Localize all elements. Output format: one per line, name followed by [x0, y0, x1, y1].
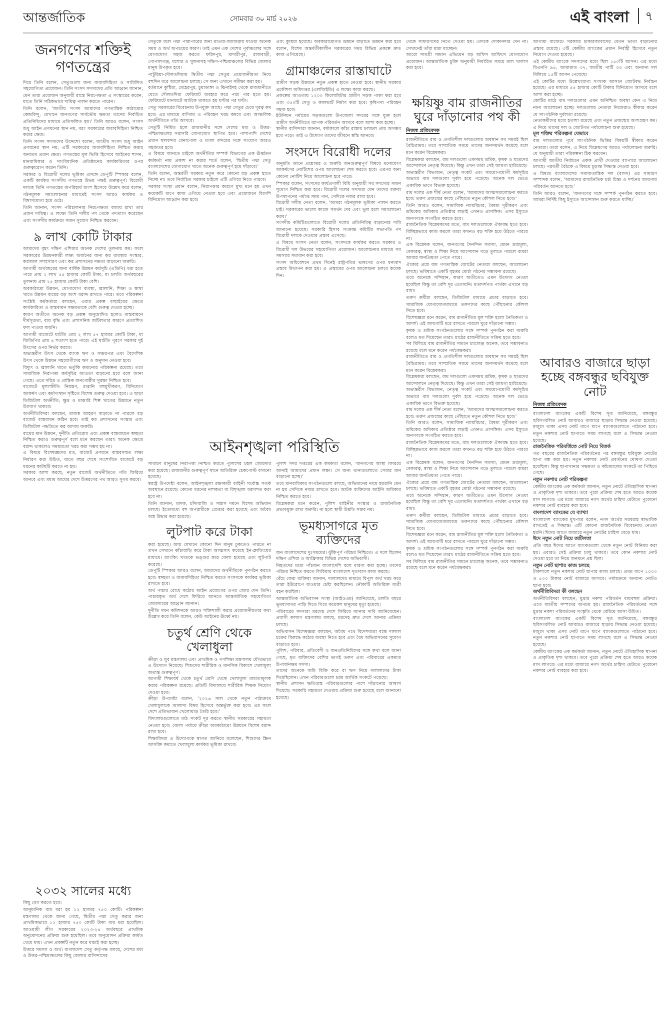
- article-headline: সংসদে বিরোধী দলের: [276, 145, 401, 159]
- paragraph: প্রতি বছর ঈদের আগে ব্যাংকগুলো থেকে নতুন …: [533, 544, 657, 564]
- article-headline: ভূমধ্যসাগরে মৃত ব্যক্তিদের: [276, 519, 401, 548]
- brand-name: এই বাংলা: [570, 8, 629, 26]
- article-body: অনুমতি আনে প্রশ্নোত্তর ও জরুরি জনগুরুত্ব…: [276, 162, 401, 281]
- paragraph: বিশ্লেষকরা মনে করেন, পুলিশ বাহিনীর সংস্ক…: [276, 502, 401, 515]
- byline: নিজস্ব প্রতিবেদক: [533, 402, 657, 410]
- paragraph: আগামী অর্থবছরের জন্য বার্ষিক উন্নয়ন কর্…: [23, 267, 143, 287]
- article-headline: চতুর্থ শ্রেণি থেকে খেলাধুলা: [148, 626, 271, 655]
- paragraph: অর্থ পাচার রোধে কঠোর আইন প্রয়োগের ওপর জ…: [148, 589, 271, 609]
- article-body: বাংলাদেশ ব্যাংকের একটি বিশেষ সূত্র জানিয…: [533, 412, 657, 676]
- paragraph: সেতুটি নির্মিত হলে রাজধানীর সঙ্গে দেশের …: [148, 126, 271, 152]
- paragraph: বাংলাদেশ ব্যাংকের মুখপাত্র বলেন, নগদ অর্…: [533, 518, 657, 538]
- paragraph: টাকশালে নতুন নকশার নোট ছাপার কাজ চলছে। প…: [533, 570, 657, 590]
- paragraph: করা হয়েছে। আর যেখানে কোনো দিন মানুষ ঢুক…: [148, 543, 271, 569]
- article-body: থেকে সাধারণদের নিতে দেওয়া হয়। এদিকে দো…: [406, 40, 528, 73]
- section-name: আন্তর্জাতিক: [23, 9, 85, 30]
- paragraph: ঐক্যের প্রশ্নে বাম গণতান্ত্রিক জোটের নেত…: [406, 263, 528, 276]
- article-body: করা হয়েছে। আর যেখানে কোনো দিন মানুষ ঢুক…: [148, 543, 271, 622]
- paragraph: এক বিশ্লেষক বলেন, জনগণের দৈনন্দিন সমস্যা…: [406, 461, 528, 481]
- article-body: পুলিশ সদর দপ্তরের এক কর্মকর্তা বলেন, 'জন…: [276, 462, 401, 515]
- paragraph: বিশ্লেষকরা বলছেন, বাম দলগুলো একসময় শ্রম…: [406, 375, 528, 388]
- paragraph: সরকার আশা করছে, নতুন বাজেট অর্থনীতিতে গত…: [23, 471, 143, 484]
- article-headline: লুটপাট করে টাকা: [148, 525, 271, 539]
- column-2-bottom: সাধারণ মানুষের নিরাপত্তা নিশ্চিত করতে পু…: [148, 462, 271, 1018]
- paragraph: বাংলাদেশ ব্যাংকের একটি বিশেষ সূত্র জানিয…: [533, 412, 657, 445]
- paragraph: পুলিশ, পরিবার, প্রতিবেশী ও জনপ্রতিনিধিদে…: [276, 649, 401, 669]
- paragraph: স্বরাষ্ট্র উপদেষ্টা বলেন, আইনশৃঙ্খলা রক্…: [148, 482, 271, 502]
- paragraph: গ্রামীণ সড়ক উন্নয়নে নতুন প্রকল্প হাতে …: [276, 81, 401, 94]
- paragraph: বাম দলগুলোর পূর্বে সাংগঠনিক ভিত্তির বিষয…: [533, 139, 657, 159]
- article-body: বাম দলগুলোর পূর্বে সাংগঠনিক ভিত্তির বিষয…: [533, 139, 657, 205]
- paragraph: কেন্দ্রীয় ব্যাংকের এক কর্মকর্তা জানান, …: [533, 485, 657, 511]
- paragraph: কিছু বেগ করতে হবে।: [23, 901, 143, 908]
- paragraph: আগামী শিক্ষাবর্ষ থেকে চতুর্থ শ্রেণি থেকে…: [148, 677, 271, 697]
- paragraph: এ বিষয়ে সংসদ নেতা বলেন, সংসদকে কার্যকর …: [276, 241, 401, 261]
- paragraph: তিনি বলেন, অন্তর্বর্তী সরকার নতুন করে কো…: [148, 172, 271, 185]
- paragraph: ক্রীড়া উপদেষ্টা বলেন, ‘২০২৬ সাল থেকে নত…: [148, 697, 271, 717]
- paragraph: অনুমতি আনে প্রশ্নোত্তর ও জরুরি জনগুরুত্ব…: [276, 162, 401, 182]
- paragraph: তিনি আরও বলেন, সামাজিক ন্যায়বিচার, বৈষম…: [406, 204, 528, 224]
- column-4-top: থেকে সাধারণদের নিতে দেওয়া হয়। এদিকে দো…: [406, 40, 528, 90]
- paragraph: রাজনীতিতে বাম ও প্রগতিশীল দলগুলোর অবস্থা…: [406, 138, 528, 158]
- paragraph: রাজনৈতিক বিশ্লেষকদের মতে, বাম দলগুলোকে ঐ…: [406, 223, 528, 243]
- paragraph: বিশ্লেষকরা বলছেন, বাম দলগুলো একসময় শ্রম…: [406, 158, 528, 171]
- paragraph: সাধারণ মানুষের নিরাপত্তা নিশ্চিত করতে পু…: [148, 462, 271, 482]
- paragraph: অভিবাসন বিশেষজ্ঞরা বলছেন, অবৈধ পথে বিদেশ…: [276, 630, 401, 650]
- paragraph: বাম দলের এক শীর্ষ নেতা বলেন, 'আমাদের আত্…: [406, 408, 528, 421]
- paragraph: পাটুরিয়া-দৌলতদিয়ায় দ্বিতীয় পদ্মা সেত…: [148, 73, 271, 86]
- paragraph: তিনি বলেন, 'জাতীয় সংসদ আমাদের গণতান্ত্র…: [23, 107, 143, 140]
- paragraph: আগামী বাজেটে ঘাটতি প্রায় ২ লাখ ৫৭ হাজার…: [23, 333, 143, 353]
- paragraph: রাজনীতিতে বাম ও প্রগতিশীল দলগুলোর অবস্থা…: [406, 355, 528, 375]
- paragraph: আমাদের বৃহৎ দক্ষিণ এশিয়ার অনেক দেশের তু…: [23, 247, 143, 267]
- paragraph: পুলিশ সদর দপ্তরের এক কর্মকর্তা বলেন, 'জন…: [276, 462, 401, 482]
- paragraph: শিক্ষাবিদরা এ উদ্যোগকে স্বাগত জানিয়ে বল…: [148, 737, 271, 750]
- byline: নিজস্ব প্রতিবেদক: [406, 128, 528, 136]
- paragraph: কেন্দ্রীয় ব্যাংকের এক কর্মকর্তা জানান, …: [533, 650, 657, 676]
- paragraph: তরুণ কর্মীরা বলছেন, ডিজিটাল মাধ্যমে প্রচ…: [406, 514, 528, 534]
- paragraph: এই কেন্দ্রীয় ব্যাংকে সদস্যদের মধ্যে ছিল…: [533, 60, 657, 80]
- issue-date: সোমবার ৩০ মার্চ ২০২৬: [230, 13, 297, 25]
- paragraph: ইউনিয়ন পর্যায়ের সড়কগুলো উপজেলা সদরের …: [276, 114, 401, 127]
- article-headline: আইনশৃঙ্খলা পরিস্থিতি: [148, 439, 401, 456]
- paragraph: এ বিষয়ে বিশেষজ্ঞদের মত, বাজেট প্রণয়নে …: [23, 451, 143, 471]
- article-body: আমাদের বৃহৎ দক্ষিণ এশিয়ার অনেক দেশের তু…: [23, 247, 143, 484]
- paragraph: তবে মানবাধিকার সংগঠনগুলো বলছে, অভিযানের …: [276, 482, 401, 502]
- column-3-bottom: পুলিশ সদর দপ্তরের এক কর্মকর্তা বলেন, 'জন…: [276, 462, 401, 1018]
- column-4: ক্ষয়িষ্ণু বাম রাজনীতির ঘুরে দাঁড়ানোর প…: [406, 92, 528, 1018]
- paragraph: ক্রীড়া ও যুব মন্ত্রণালয় এবং প্রাথমিক ও…: [148, 658, 271, 678]
- paragraph: স্থানীয় প্রশাসন ক্ষতিগ্রস্ত পরিবারগুলোর…: [276, 682, 401, 702]
- article-headline: আবারও বাজারে ছাড়া হচ্ছে বঙ্গবন্ধুর ছবিয…: [533, 356, 657, 399]
- paragraph: অভ্যন্তরীণ বিভাজন, নেতৃত্ব সংকট এবং সময়…: [406, 388, 528, 408]
- article-headline: ক্ষয়িষ্ণু বাম রাজনীতির ঘুরে দাঁড়ানোর প…: [406, 96, 528, 125]
- paragraph: অবকাঠামো উন্নয়ন, যোগাযোগ ব্যবস্থা, জ্বা…: [23, 287, 143, 313]
- paragraph: এক বিশ্লেষক বলেন, জনগণের দৈনন্দিন সমস্যা…: [406, 243, 528, 263]
- paragraph: পরিবারের সদস্যরা মরদেহ দেশে ফিরিয়ে আনার…: [276, 610, 401, 630]
- paragraph: নিহতদের মধ্যে পাঁচজন বাংলাদেশি বলে ধারণা…: [276, 564, 401, 577]
- paragraph: বিদ্যুৎ ও জ্বালানি খাতে ভর্তুকি কমানোর প…: [23, 366, 143, 386]
- paragraph: কৃষক ও শ্রমিক সংগঠনগুলোর সঙ্গে সম্পর্ক প…: [406, 547, 528, 560]
- subheading: মূল শক্তির পরিকল্পনা যেভাবে: [533, 132, 657, 139]
- subheading: রাজনৈতিক পরিবর্তিতে নোট নিয়ে বিতর্ক: [533, 445, 657, 452]
- article-headline: ৯ লাখ কোটি টাকার: [23, 230, 143, 244]
- page-header: আন্তর্জাতিক সোমবার ৩০ মার্চ ২০২৬ এই বাংল…: [0, 0, 667, 32]
- paragraph: এ বিষয়ে জানতে চাইলে অর্থনীতির সম্পর্ক ব…: [148, 152, 271, 172]
- paragraph: আন্তর্জাতিক অভিবাসন সংস্থা (আইওএম) জানিয…: [276, 597, 401, 610]
- paragraph: অভ্যন্তরীণ বিভাজন, নেতৃত্ব সংকট এবং সময়…: [406, 171, 528, 191]
- paragraph: বাংলাদেশ ব্যাংকের একটি বিশেষ সূত্র জানিয…: [533, 617, 657, 650]
- header-rule: [23, 32, 653, 34]
- article-body: ক্রীড়া ও যুব মন্ত্রণালয় এবং প্রাথমিক ও…: [148, 658, 271, 750]
- paragraph: ডেপুটি স্পিকার আরও বলেন, আমাদের অর্থনীতি…: [148, 569, 271, 589]
- subheading: বাংলাদেশ ব্যাংকের যে ব্যাখ্যা: [533, 511, 657, 518]
- paragraph: তিনি জানান, মাদক, চাঁদাবাজি ও সন্ত্রাস দ…: [148, 502, 271, 522]
- article-body: গ্রামীণ সড়ক উন্নয়নে নতুন প্রকল্প হাতে …: [276, 81, 401, 140]
- paragraph: দিয়ে তিনি বলেন, সেতুগুলো জন্য জবাবদিহিত…: [23, 81, 143, 107]
- column-5-top: আগামী বাজেটে সরকারি চাকরিজীবীদের বেতন ভা…: [533, 40, 657, 346]
- paragraph: অর্থনীতিবিদরা বলছেন, রাজস্ব আহরণ বাড়াতে…: [23, 412, 143, 432]
- paragraph: বিশেষজ্ঞরা মনে করেন, বাম রাজনীতির মূল শক…: [406, 533, 528, 546]
- paragraph: বাজেটে মূল্যস্ফীতি নিয়ন্ত্রণ, রপ্তানি ব…: [23, 385, 143, 411]
- paragraph: এবং কুষ্টিয়া হয়েছে। অবকাঠামোগত উন্নয়ন…: [276, 40, 401, 60]
- paragraph: আনুমানিক ব্যয় ধরা হয় ১২ হাজার ৭৫০ কোটি…: [23, 908, 143, 948]
- article-body: সেতুকে বলে পদ্মা পারাপারের জন্য মাওয়া-জ…: [148, 40, 271, 205]
- article-body: কিছু বেগ করতে হবে। আনুমানিক ব্যয় ধরা হয…: [23, 901, 143, 960]
- paragraph: তাদের অনেকে জমি বিক্রি করে বা ঋণ নিয়ে দ…: [276, 669, 401, 682]
- paragraph: আগামী বাজেটে সরকারি চাকরিজীবীদের বেতন ভা…: [533, 40, 657, 60]
- article-headline: ২০৩২ সালের মধ্যে: [23, 884, 143, 898]
- paragraph: জন বাংলাদেশের দুঃসময়ের। ঝুঁকিপূর্ণ পরিচ…: [276, 551, 401, 564]
- paragraph: তিনি আরও বলেন, ‘জনগণের সঙ্গে সম্পর্ক পুন…: [533, 192, 657, 205]
- paragraph: সংসদীয় কমিটিগুলোতে বিরোধী দলের প্রতিনিধ…: [276, 221, 401, 241]
- article-body: জন বাংলাদেশের দুঃসময়ের। ঝুঁকিপূর্ণ পরিচ…: [276, 551, 401, 703]
- page-number: ৭: [645, 8, 653, 28]
- article-body: রাজনীতিতে বাম ও প্রগতিশীল দলগুলোর অবস্থা…: [406, 138, 528, 573]
- paragraph: বিরোধী দলীয় নেতা বলেন, 'আমরা গঠনমূলক ভূ…: [276, 201, 401, 221]
- paragraph: তিনি আরও বলেন, সামাজিক ন্যায়বিচার, বৈষম…: [406, 421, 528, 441]
- paragraph: সংসদ অধিবেশনে প্রথম দিনেই রাষ্ট্রপতির ভা…: [276, 261, 401, 281]
- paragraph: কারণ অতীতে অনেক বড় প্রকল্প অনুমোদিত হলে…: [23, 313, 143, 333]
- paragraph: এই কোটির মধ্যে উল্লেখযোগ্য সংখ্যক আসনে জ…: [533, 80, 657, 100]
- paragraph: গত বছরের রাজনৈতিক পরিবর্তনের পর বঙ্গবন্ধ…: [533, 452, 657, 478]
- paragraph: আরো সামগ্রী সামান এভিয়েন বড় অফিস আফিসে…: [406, 53, 528, 73]
- paragraph: বেঁচে ফেরা ব্যক্তিরা জানান, দালালদের মাধ…: [276, 577, 401, 597]
- article-headline: গ্রামাঞ্চলের রাস্তাঘাটে: [276, 64, 401, 78]
- paragraph: ঐক্যের প্রশ্নে বাম গণতান্ত্রিক জোটের নেত…: [406, 481, 528, 494]
- paragraph: রাজনৈতিক বিশ্লেষকদের মতে, বাম দলগুলোকে ঐ…: [406, 441, 528, 461]
- subheading: নতুন নকশার নোট পরিকল্পনা: [533, 478, 657, 485]
- paragraph: বিদ্যালয়গুলোতে মাঠ সংকট দূর করতে স্থানী…: [148, 717, 271, 737]
- article-headline: জনগণের শক্তিই গণতন্ত্রের: [23, 42, 143, 77]
- paragraph: এ বিষয়ে বাংলাদেশের সমাজতান্ত্রিক দল (বা…: [533, 172, 657, 192]
- paragraph: সব মিলিয়ে বাম রাজনীতির সামনে চ্যালেঞ্জ …: [406, 560, 528, 573]
- paragraph: কোটির মাঠে বাম দলগুলোর এমন অনিশ্চিত অবস্…: [533, 99, 657, 119]
- column-5-bottom: আবারও বাজারে ছাড়া হচ্ছে বঙ্গবন্ধুর ছবিয…: [533, 352, 657, 1018]
- paragraph: উত্তরে সমস্যা ও অর্থ। বাংলাদেশ সেতু কর্ত…: [23, 948, 143, 961]
- subheading: অর্থনীতিবিদরা কী বলছেন: [533, 590, 657, 597]
- paragraph: তবে অনেকে সন্দিহান, কারণ অতীতেও এমন উদ্য…: [406, 276, 528, 296]
- column-3: এবং কুষ্টিয়া হয়েছে। অবকাঠামোগত উন্নয়ন…: [276, 40, 401, 435]
- article-body: এবং কুষ্টিয়া হয়েছে। অবকাঠামোগত উন্নয়ন…: [276, 40, 401, 60]
- paragraph: বাম দলের এক শীর্ষ নেতা বলেন, 'আমাদের আত্…: [406, 191, 528, 204]
- paragraph: বিশেষজ্ঞরা মনে করেন, বাম রাজনীতির মূল শক…: [406, 316, 528, 329]
- paragraph: সরকার সংস্থা প্রধান বলেন, নিরাপত্তার কার…: [148, 185, 271, 205]
- subheading: ঈদে নতুন নোট নিয়ে জটিলতা: [533, 537, 657, 544]
- paragraph: নেতাকর্মীদের মধ্যে হতাশা রয়েছে এবং নতুন…: [533, 119, 657, 132]
- paragraph: দুর্নীতি দমন কমিশনকে আরও শক্তিশালী করার …: [148, 609, 271, 622]
- article-body: আগামী বাজেটে সরকারি চাকরিজীবীদের বেতন ভা…: [533, 40, 657, 132]
- paragraph: অর্থনীতিবিদরা বলছেন, মুদ্রার নকশা পরিবর্…: [533, 597, 657, 617]
- paragraph: সরকার ও বিরোধী দলের ভূমিকা প্রসঙ্গে ডেপু…: [23, 173, 143, 206]
- paragraph: সেতুকে বলে পদ্মা পারাপারের জন্য মাওয়া-জ…: [148, 40, 271, 73]
- paragraph: থেকে সাধারণদের নিতে দেওয়া হয়। এদিকে দো…: [406, 40, 528, 53]
- paragraph: সব মিলিয়ে বাম রাজনীতির সামনে চ্যালেঞ্জ …: [406, 342, 528, 355]
- paragraph: আগামী জাতীয় নির্বাচনে একক প্রার্থী দেওয…: [533, 159, 657, 172]
- paragraph: তবে অনেকে সন্দিহান, কারণ অতীতেও এমন উদ্য…: [406, 494, 528, 514]
- paragraph: স্থানীয় বাসিন্দারা জানান, বর্ষাকালে কাঁ…: [276, 127, 401, 140]
- paragraph: বর্তমানে কুষ্টিয়া, মেহেরপুর, চুয়াডাঙ্গ…: [148, 86, 271, 106]
- paragraph: ব্যয়ের মান উন্নয়ন, দুর্নীতি প্রতিরোধ এ…: [23, 432, 143, 452]
- paragraph: কৃষক ও শ্রমিক সংগঠনগুলোর সঙ্গে সম্পর্ক প…: [406, 329, 528, 342]
- article-body: দিয়ে তিনি বলেন, সেতুগুলো জন্য জবাবদিহিত…: [23, 81, 143, 226]
- paragraph: স্পিকার বলেন, সংসদের কার্যপ্রণালী বিধি অ…: [276, 182, 401, 202]
- paragraph: প্রকল্পের আওতায় ১২০০ কিলোমিটার গ্রামীণ …: [276, 94, 401, 114]
- paragraph: তিনি সংসদ সদস্যদের উদ্দেশ্যে বলেন, জাতীয…: [23, 140, 143, 173]
- column-1: জনগণের শক্তিই গণতন্ত্রের দিয়ে তিনি বলেন…: [23, 40, 143, 1018]
- paragraph: অভ্যন্তরীণ উৎস থেকে ব্যাংক ঋণ ও সঞ্চয়পত…: [23, 352, 143, 365]
- column-2: সেতুকে বলে পদ্মা পারাপারের জন্য মাওয়া-জ…: [148, 40, 271, 435]
- newspaper-logo: এই বাংলা: [570, 6, 629, 31]
- article-body: সাধারণ মানুষের নিরাপত্তা নিশ্চিত করতে পু…: [148, 462, 271, 521]
- divider: [638, 8, 639, 24]
- paragraph: তিনি জানান, সংসদ পরিচালনার নিরপেক্ষতা বজ…: [23, 206, 143, 226]
- paragraph: সেতু সরকারের বিবেচনায় উপযুক্ত আছে। পদ্ম…: [148, 106, 271, 126]
- paragraph: তরুণ কর্মীরা বলছেন, ডিজিটাল মাধ্যমে প্রচ…: [406, 296, 528, 316]
